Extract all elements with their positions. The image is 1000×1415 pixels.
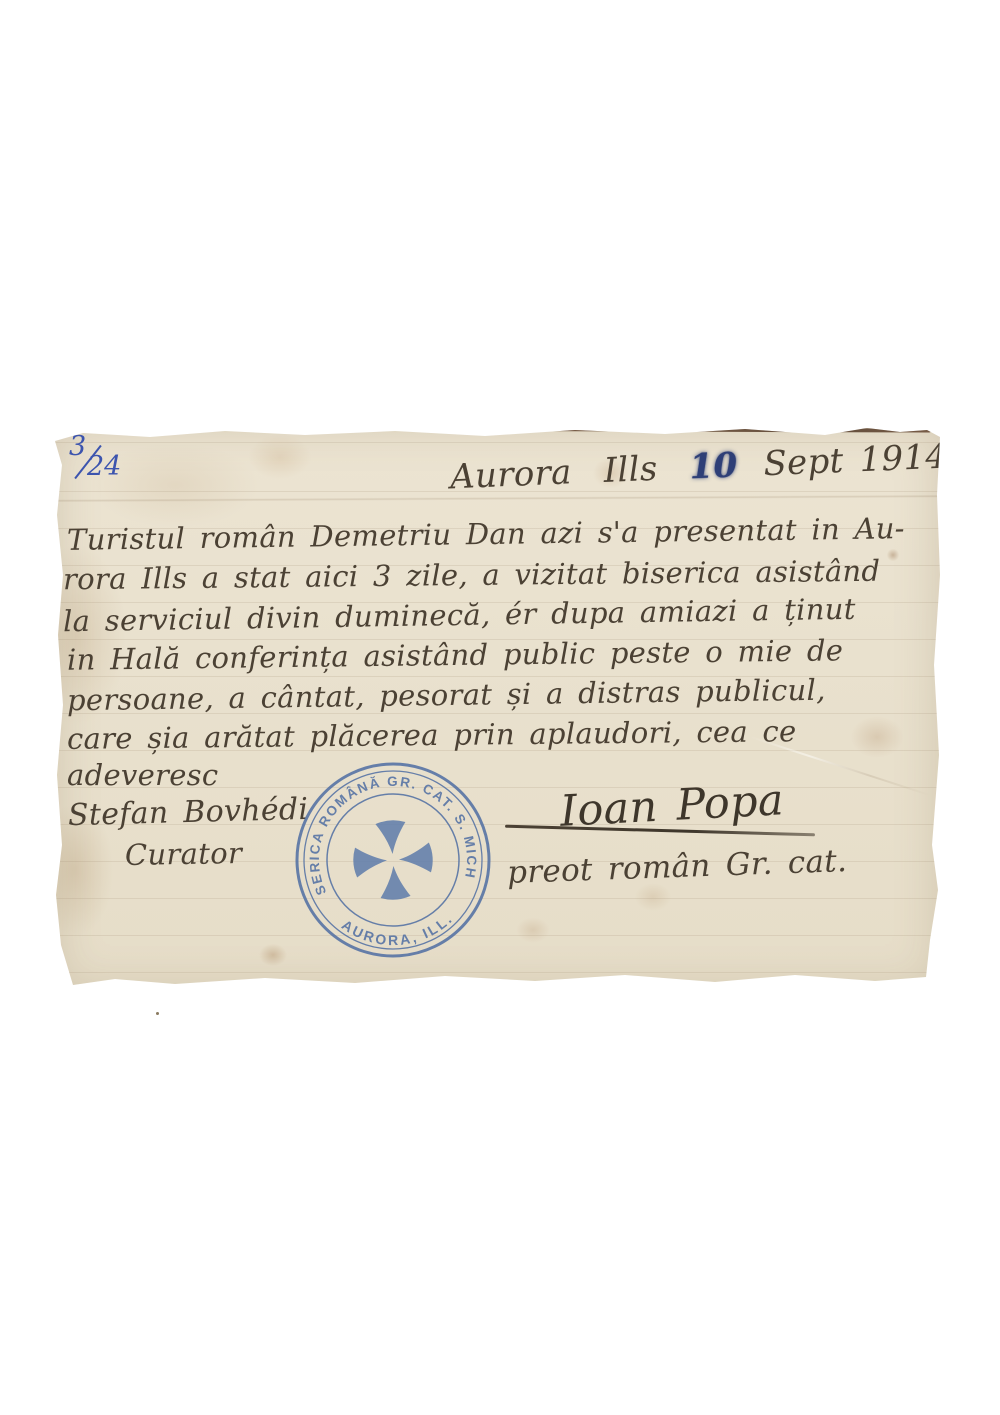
archival-numerator: 3 xyxy=(69,431,86,462)
dateline-month-year: Sept 1914 xyxy=(763,437,948,485)
body-line-7: adeveresc xyxy=(67,758,218,792)
dateline-state: Ills xyxy=(603,449,658,491)
body-line-4: in Hală conferința asistând public peste… xyxy=(67,633,844,676)
body-line-2: rora Ills a stat aici 3 zile, a vizitat … xyxy=(63,554,881,597)
church-stamp: BESERICA ROMÂNĂ GR. CAT. S. MICHAIL AURO… xyxy=(286,753,499,966)
paper-speck xyxy=(156,1012,159,1015)
document-paper: 3 24 Aurora Ills 10 Sept 1914 Turistul r… xyxy=(55,425,940,992)
body-line-5: persoane, a cântat, pesorat și a distras… xyxy=(67,673,826,718)
dateline-day-overwritten: 10 xyxy=(689,445,739,487)
body-line-3: la serviciul divin duminecă, ér dupa ami… xyxy=(63,592,856,638)
body-line-1: Turistul român Demetriu Dan azi s'a pres… xyxy=(67,511,905,557)
dateline-place: Aurora xyxy=(449,452,572,497)
archival-denominator: 24 xyxy=(87,451,121,482)
torn-top-edge xyxy=(55,425,931,432)
dateline: Aurora Ills 10 Sept 1914 xyxy=(449,437,948,498)
curator-signature-title: Curator xyxy=(125,836,243,872)
archival-number: 3 24 xyxy=(65,431,135,495)
fold-crease xyxy=(55,495,940,503)
priest-signature-title: preot român Gr. cat. xyxy=(506,843,847,891)
cross-pattee-icon xyxy=(351,818,436,903)
stamp-inner-ring xyxy=(323,790,464,931)
body-line-6: care șia arătat plăcerea prin aplaudori,… xyxy=(67,714,797,756)
curator-signature-name: Stefan Bovhédi xyxy=(68,792,309,833)
